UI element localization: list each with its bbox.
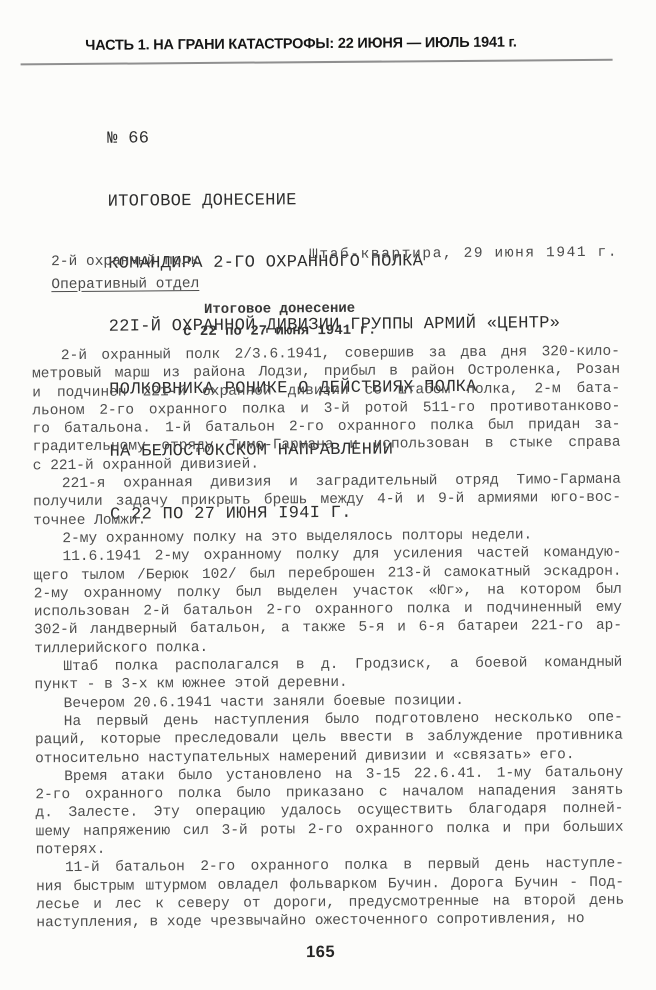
- header-rule: [21, 59, 613, 66]
- report-heading-line: с 22 по 27 июня 1941 г.: [32, 319, 528, 344]
- doc-meta-row: 2-й охранный полк Оперативный отдел Штаб…: [51, 247, 618, 296]
- report-heading: Итоговое донесение с 22 по 27 июня 1941 …: [31, 297, 619, 345]
- running-header: ЧАСТЬ 1. НА ГРАНИ КАТАСТРОФЫ: 22 ИЮНЯ — …: [0, 33, 653, 54]
- scanned-document-page: ЧАСТЬ 1. НА ГРАНИ КАТАСТРОФЫ: 22 ИЮНЯ — …: [0, 0, 656, 990]
- dateline: Штаб-квартира, 29 июня 1941 г.: [309, 245, 618, 263]
- scan-content: ЧАСТЬ 1. НА ГРАНИ КАТАСТРОФЫ: 22 ИЮНЯ — …: [0, 0, 656, 990]
- unit-name: 2-й охранный полк: [51, 250, 199, 274]
- doc-number: № 66: [107, 126, 559, 150]
- doc-meta-left: 2-й охранный полк Оперативный отдел: [51, 250, 199, 296]
- doc-title-line: ИТОГОВОЕ ДОНЕСЕНИЕ: [108, 189, 560, 213]
- department-name: Оперативный отдел: [51, 273, 199, 297]
- body: 2-й охранный полк 2/3.6.1941, совершив з…: [32, 343, 625, 933]
- page-number: 165: [4, 940, 656, 964]
- body-line: наступления, в ходе чрезвычайно ожесточе…: [36, 910, 624, 933]
